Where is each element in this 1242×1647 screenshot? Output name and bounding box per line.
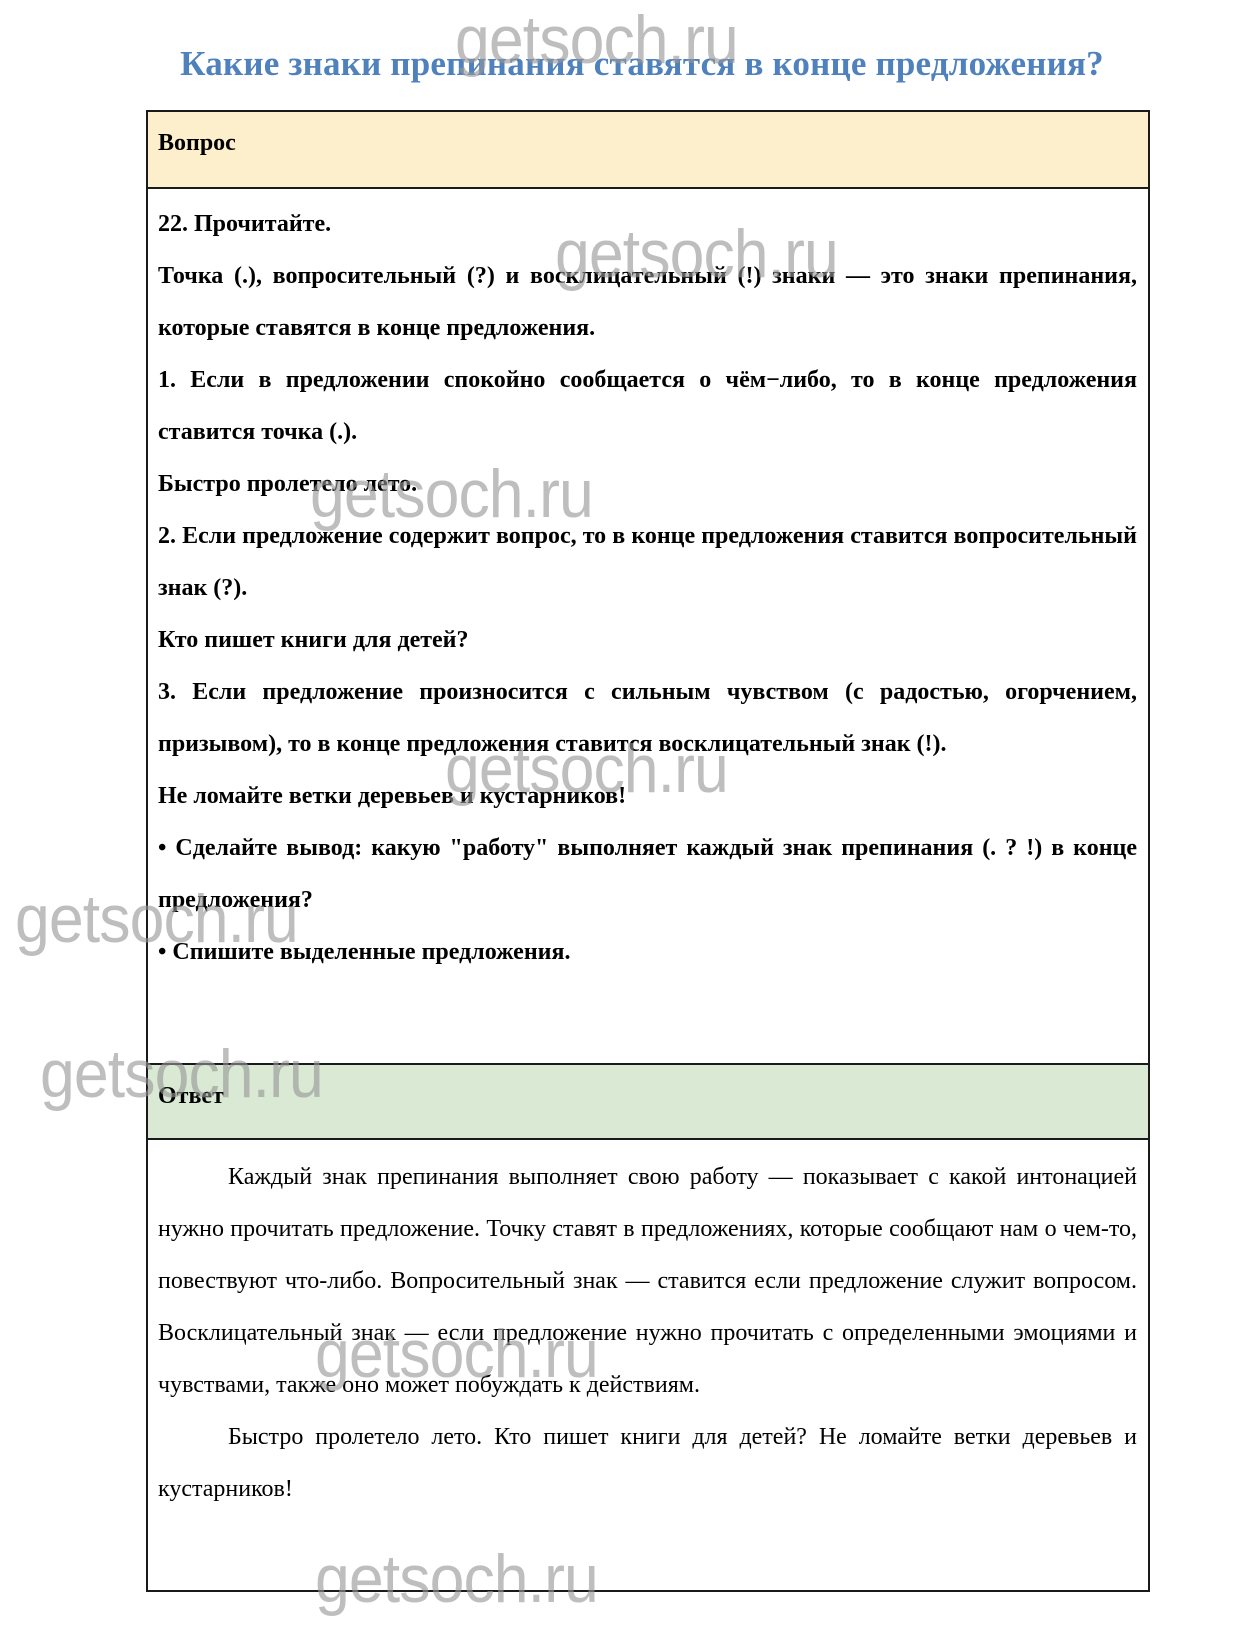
question-header: Вопрос: [148, 112, 1148, 189]
qa-table: Вопрос 22. Прочитайте. Точка (.), вопрос…: [146, 110, 1150, 1592]
question-body: 22. Прочитайте. Точка (.), вопросительны…: [148, 189, 1148, 1063]
question-line: 1. Если в предложении спокойно сообщаетс…: [158, 354, 1137, 458]
question-line: Точка (.), вопросительный (?) и восклица…: [158, 250, 1137, 354]
answer-paragraph: Каждый знак препинания выполняет свою ра…: [158, 1151, 1137, 1411]
question-line: • Спишите выделенные предложения.: [158, 926, 1137, 978]
question-line: Быстро пролетело лето.: [158, 458, 1137, 510]
question-line: 3. Если предложение произносится с сильн…: [158, 666, 1137, 770]
page-title: Какие знаки препинания ставятся в конце …: [0, 42, 1242, 86]
answer-header-label: Ответ: [158, 1083, 224, 1109]
question-line: Кто пишет книги для детей?: [158, 614, 1137, 666]
question-line: Не ломайте ветки деревьев и кустарников!: [158, 770, 1137, 822]
question-line: 2. Если предложение содержит вопрос, то …: [158, 510, 1137, 614]
answer-header: Ответ: [148, 1063, 1148, 1140]
answer-paragraph: Быстро пролетело лето. Кто пишет книги д…: [158, 1411, 1137, 1515]
question-header-label: Вопрос: [158, 130, 236, 156]
answer-body: Каждый знак препинания выполняет свою ра…: [148, 1140, 1148, 1590]
question-line: 22. Прочитайте.: [158, 198, 1137, 250]
question-line: • Сделайте вывод: какую "работу" выполня…: [158, 822, 1137, 926]
